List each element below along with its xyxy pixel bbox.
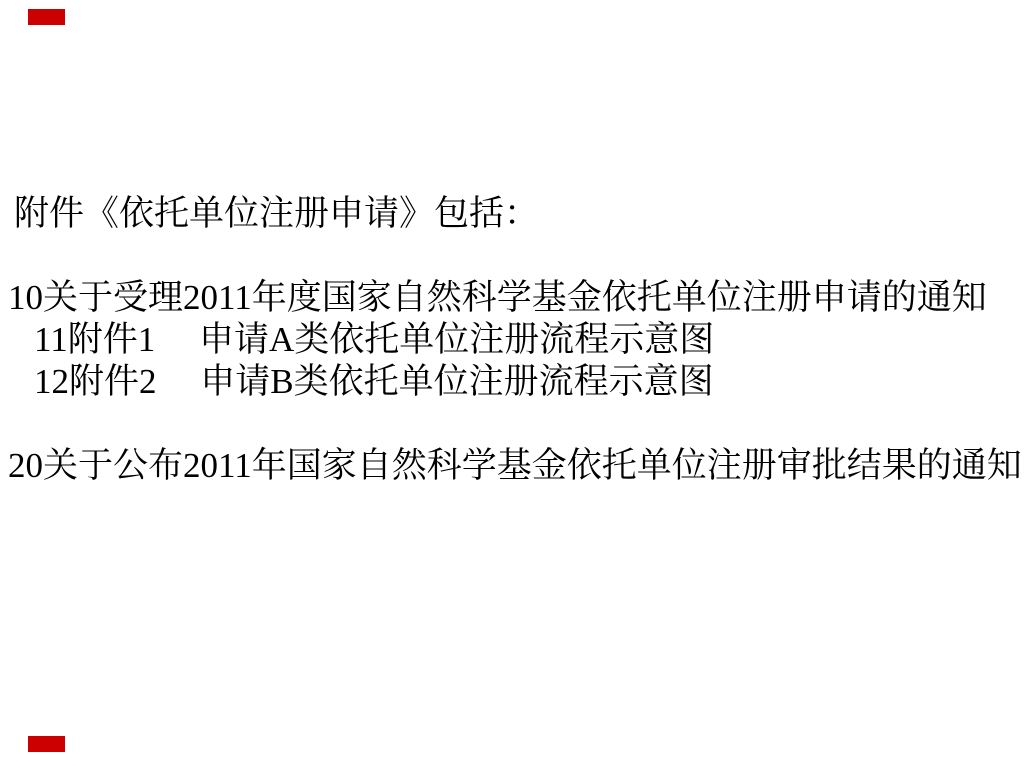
list-item-notice-10: 10关于受理2011年度国家自然科学基金依托单位注册申请的通知 <box>8 277 1022 319</box>
list-item-attachment-12: 12附件2 申请B类依托单位注册流程示意图 <box>8 361 1022 403</box>
list-item-notice-20: 20关于公布2011年国家自然科学基金依托单位注册审批结果的通知 <box>8 445 1022 487</box>
slide-page: 附件《依托单位注册申请》包括： 10关于受理2011年度国家自然科学基金依托单位… <box>0 0 1024 768</box>
red-corner-mark-top-left <box>28 9 65 25</box>
list-item-attachment-11: 11附件1 申请A类依托单位注册流程示意图 <box>8 319 1022 361</box>
red-corner-mark-bottom-left <box>28 736 65 752</box>
attachment-list: 附件《依托单位注册申请》包括： 10关于受理2011年度国家自然科学基金依托单位… <box>8 193 1022 487</box>
attachment-list-heading: 附件《依托单位注册申请》包括： <box>8 193 1022 235</box>
